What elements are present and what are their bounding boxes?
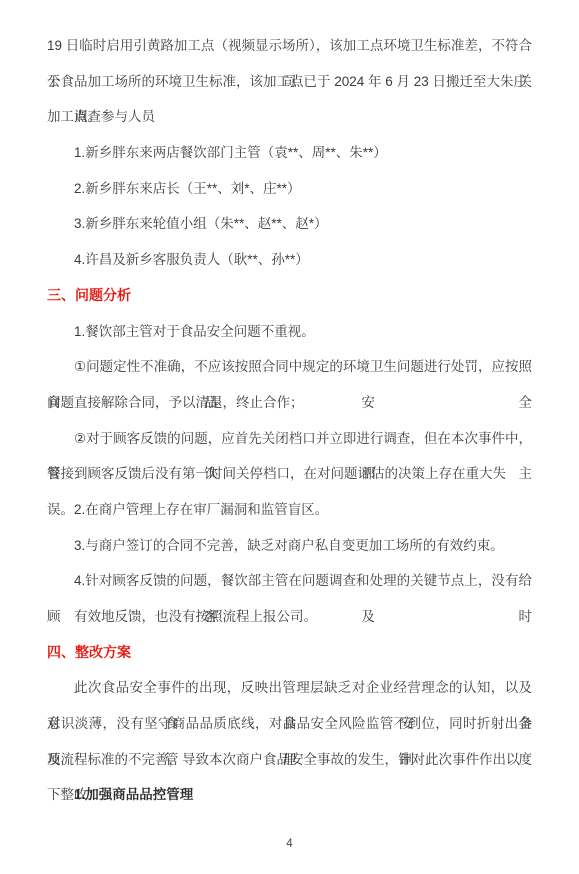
paragraph-line: 2.在商户管理上存在审厂漏洞和监管盲区。 [47, 492, 532, 528]
paragraph-line: 1.餐饮部主管对于食品安全问题不重视。 [47, 314, 532, 350]
paragraph-line: 意识淡薄，没有坚守商品品质底线，对食品安全风险监管不到位，同时折射出各项管理制度 [47, 706, 532, 742]
list-item: 4.许昌及新乡客服负责人（耿**、孙**） [47, 242, 532, 278]
paragraph-line: 4.针对顾客反馈的问题，餐饮部主管在问题调查和处理的关键节点上，没有给顾客及时 [47, 563, 532, 599]
paragraph-line: 此次食品安全事件的出现，反映出管理层缺乏对企业经营理念的认知，以及对食品安全 [47, 670, 532, 706]
paragraph-line: ①问题定性不准确，不应该按照合同中规定的环境卫生问题进行处罚，应按照食品安全 [47, 349, 532, 385]
list-item: 1.新乡胖东来两店餐饮部门主管（袁**、周**、朱**） [47, 135, 532, 171]
paragraph-line: 管接到顾客反馈后没有第一时间关停档口，在对问题评估的决策上存在重大失误。 [47, 456, 532, 492]
section-heading-problem-analysis: 三、问题分析 [47, 278, 532, 314]
paragraph-line: 调查参与人员 [47, 99, 532, 135]
list-item: 2.新乡胖东来店长（王**、刘*、庄**） [47, 171, 532, 207]
section-heading-rectification-plan: 四、整改方案 [47, 635, 532, 671]
paragraph-line: 3.与商户签订的合同不完善，缺乏对商户私自变更加工场所的有效约束。 [47, 528, 532, 564]
document-page: 19 日临时启用引黄路加工点（视频显示场所），该加工点环境卫生标准差，不符合公司… [0, 0, 579, 874]
list-item: 3.新乡胖东来轮值小组（朱**、赵**、赵*） [47, 206, 532, 242]
paragraph-line: 19 日临时启用引黄路加工点（视频显示场所），该加工点环境卫生标准差，不符合公司… [47, 28, 532, 64]
paragraph-line: ②对于顾客反馈的问题，应首先关闭档口并立即进行调查，但在本次事件中，餐饮部主 [47, 421, 532, 457]
subsection-heading-quality-control: 1.加强商品品控管理 [47, 777, 532, 813]
page-number: 4 [0, 838, 579, 850]
paragraph-line: 于食品加工场所的环境卫生标准，该加工点已于 2024 年 6 月 23 日搬迁至… [47, 64, 532, 100]
paragraph-line: 及流程标准的不完善，导致本次商户食品安全事故的发生，针对此次事件作出以下整改： [47, 742, 532, 778]
